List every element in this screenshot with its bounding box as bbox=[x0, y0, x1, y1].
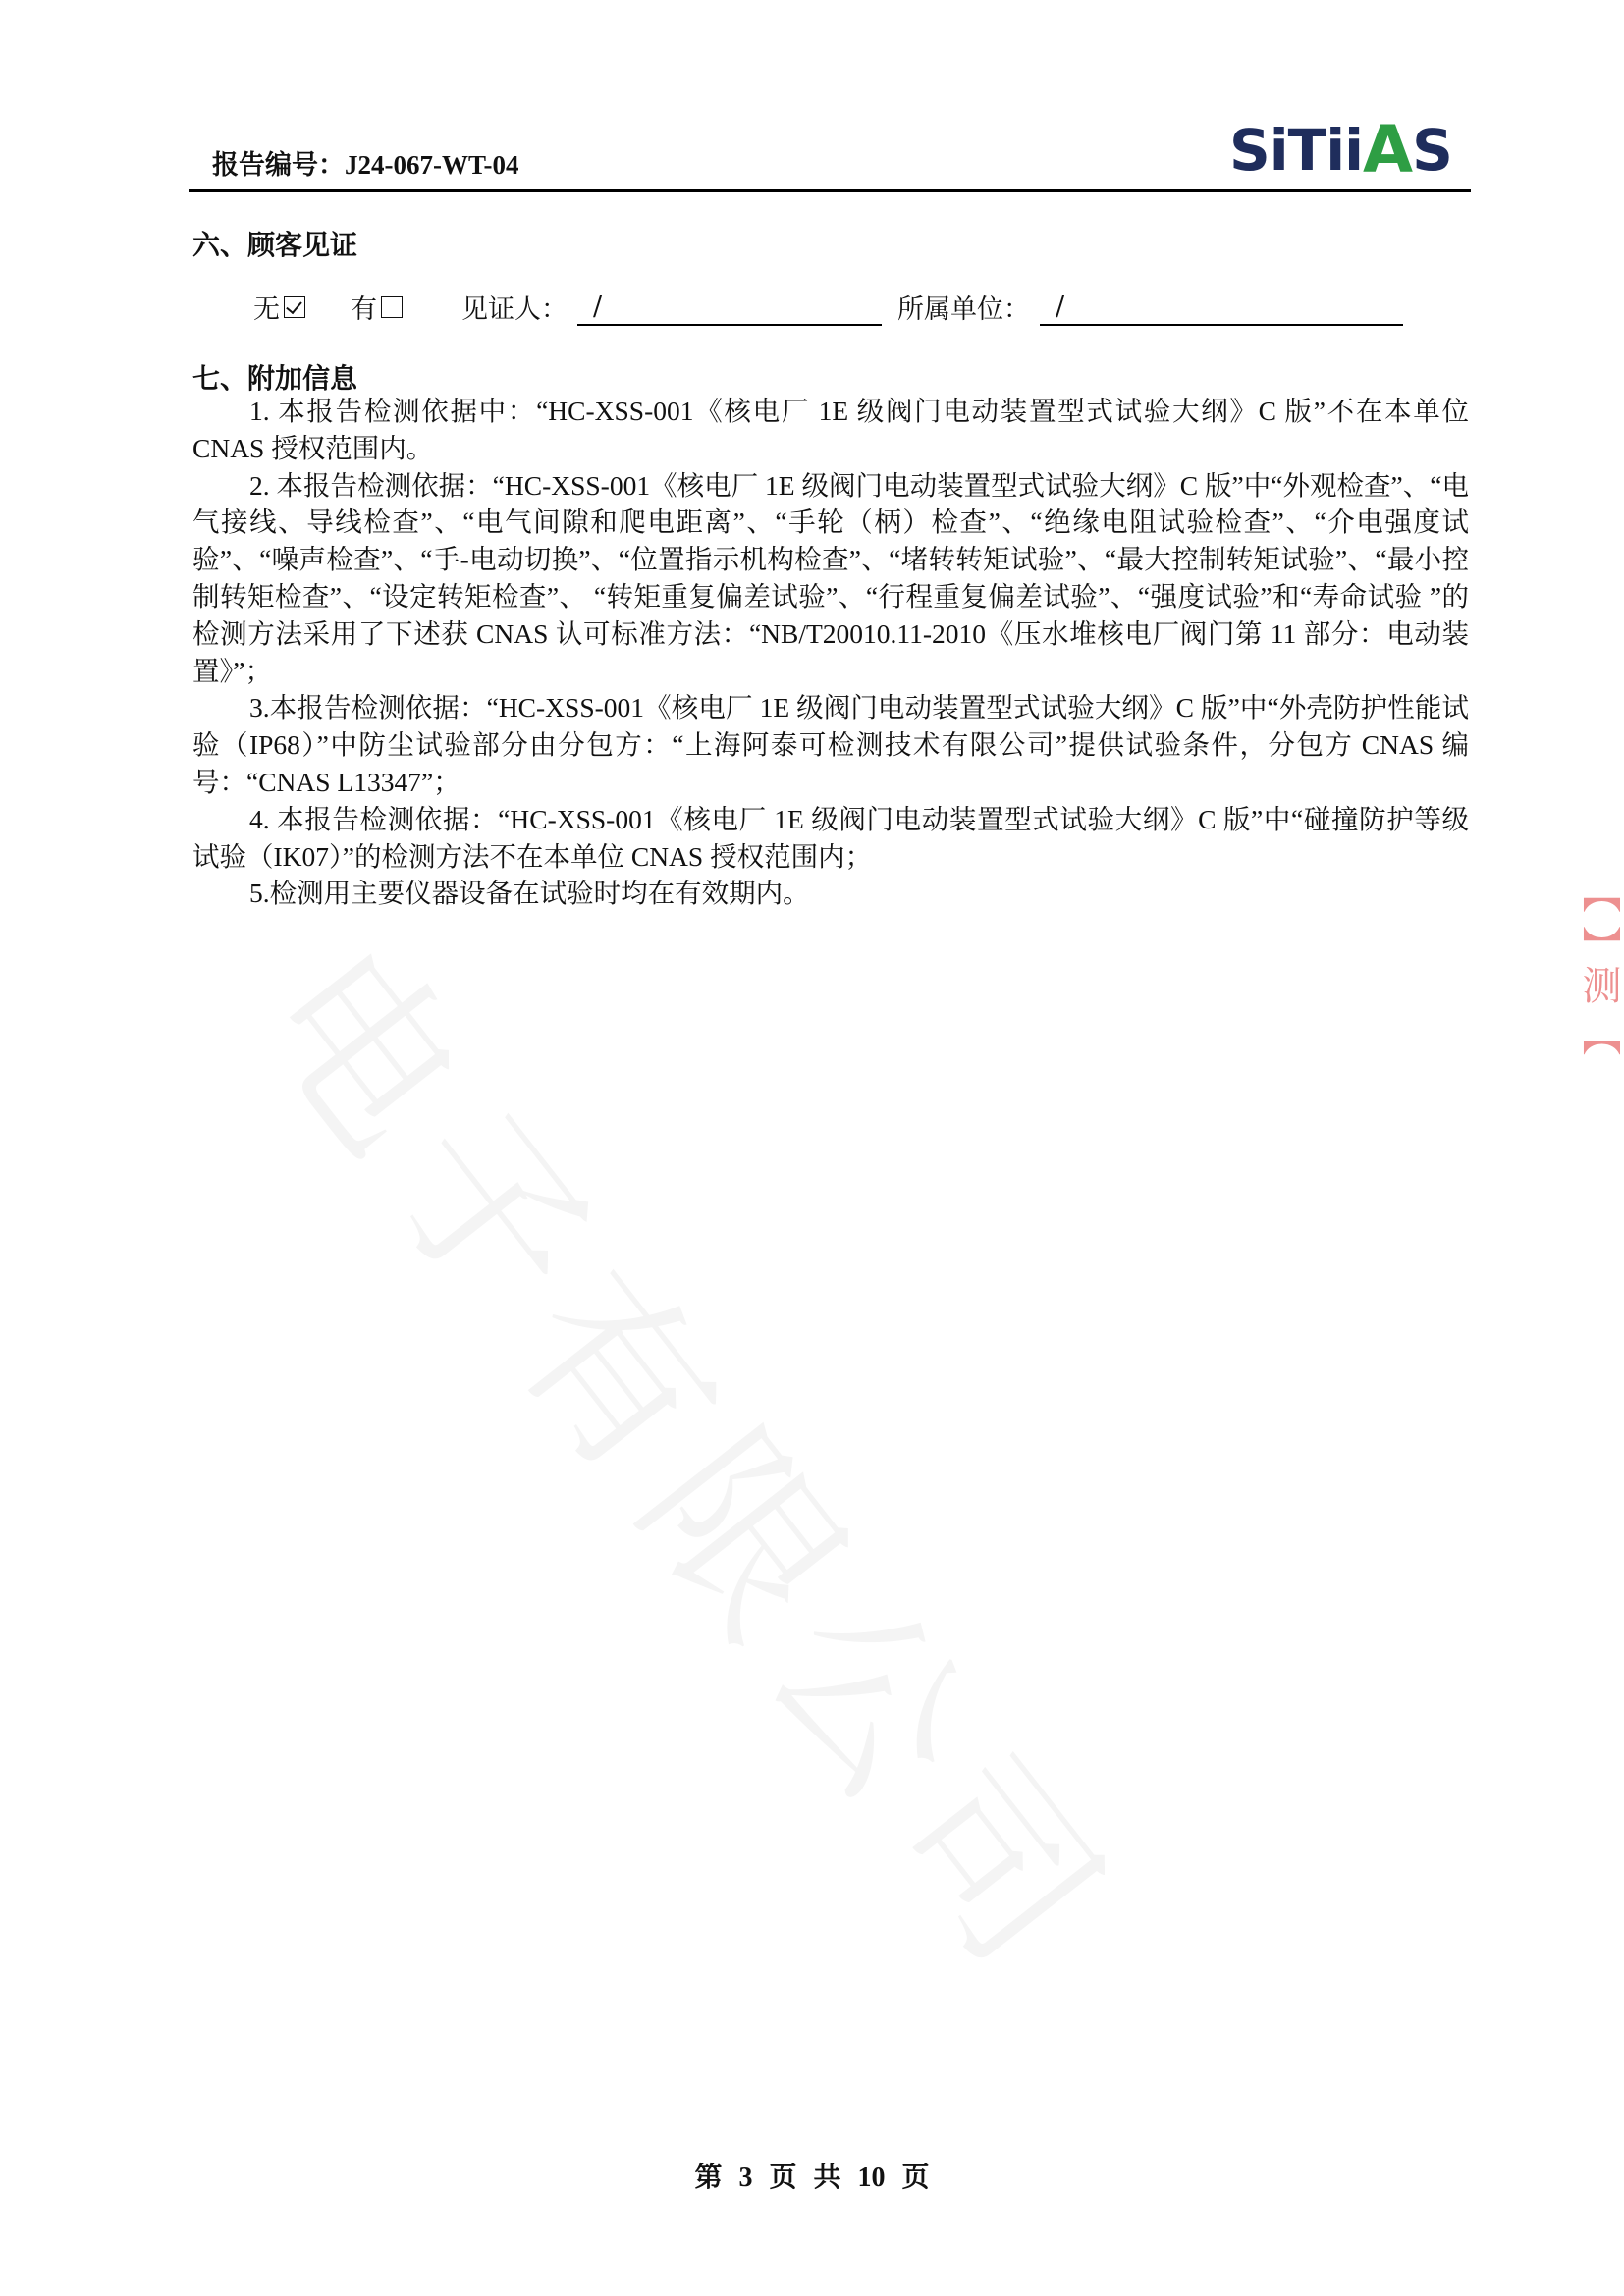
info-paragraph-1: 1. 本报告检测依据中：“HC-XSS-001《核电厂 1E 级阀门电动装置型式… bbox=[192, 393, 1469, 467]
info-paragraph-5: 5.检测用主要仪器设备在试验时均在有效期内。 bbox=[192, 875, 1469, 912]
witness-label: 见证人： bbox=[461, 288, 568, 326]
unit-field: / bbox=[1040, 289, 1403, 326]
logo-text-navy-end: S bbox=[1412, 122, 1452, 179]
info-paragraph-3: 3.本报告检测依据：“HC-XSS-001《核电厂 1E 级阀门电动装置型式试验… bbox=[192, 689, 1469, 800]
unit-value: / bbox=[1056, 292, 1064, 322]
option-none-label: 无 bbox=[253, 288, 280, 326]
red-seal-stamp: 【 】测 【 bbox=[1589, 874, 1624, 1055]
section-7-heading: 七、附加信息 bbox=[192, 357, 357, 397]
additional-info-body: 1. 本报告检测依据中：“HC-XSS-001《核电厂 1E 级阀门电动装置型式… bbox=[192, 393, 1469, 912]
option-yes-label: 有 bbox=[351, 288, 377, 326]
report-number: 报告编号：J24-067-WT-04 bbox=[212, 143, 519, 182]
header-divider bbox=[189, 189, 1471, 192]
info-paragraph-4: 4. 本报告检测依据：“HC-XSS-001《核电厂 1E 级阀门电动装置型式试… bbox=[192, 801, 1469, 876]
page-number: 第 3 页 共 10 页 bbox=[0, 2156, 1624, 2195]
customer-witness-row: 无 有 见证人： / 所属单位： / bbox=[253, 287, 1419, 326]
watermark: 电子有限公司 bbox=[211, 883, 1184, 2023]
witness-value: / bbox=[593, 292, 602, 322]
section-6-heading: 六、顾客见证 bbox=[192, 224, 357, 263]
logo-text-navy: SiTii bbox=[1229, 122, 1363, 179]
checkbox-unchecked-icon[interactable] bbox=[381, 296, 403, 318]
checkbox-checked-icon[interactable] bbox=[284, 296, 305, 318]
witness-field: / bbox=[577, 289, 882, 326]
unit-label: 所属单位： bbox=[897, 288, 1030, 326]
info-paragraph-2: 2. 本报告检测依据：“HC-XSS-001《核电厂 1E 级阀门电动装置型式试… bbox=[192, 467, 1469, 690]
option-yes: 有 bbox=[351, 288, 403, 326]
report-number-value: J24-067-WT-04 bbox=[345, 150, 519, 180]
option-none: 无 bbox=[253, 288, 305, 326]
document-page: 电子有限公司 报告编号：J24-067-WT-04 SiTiiAS 六、顾客见证… bbox=[0, 0, 1624, 2296]
sitiias-logo: SiTiiAS bbox=[1229, 120, 1452, 179]
logo-a-icon: A bbox=[1363, 122, 1412, 179]
report-number-label: 报告编号： bbox=[212, 150, 345, 180]
